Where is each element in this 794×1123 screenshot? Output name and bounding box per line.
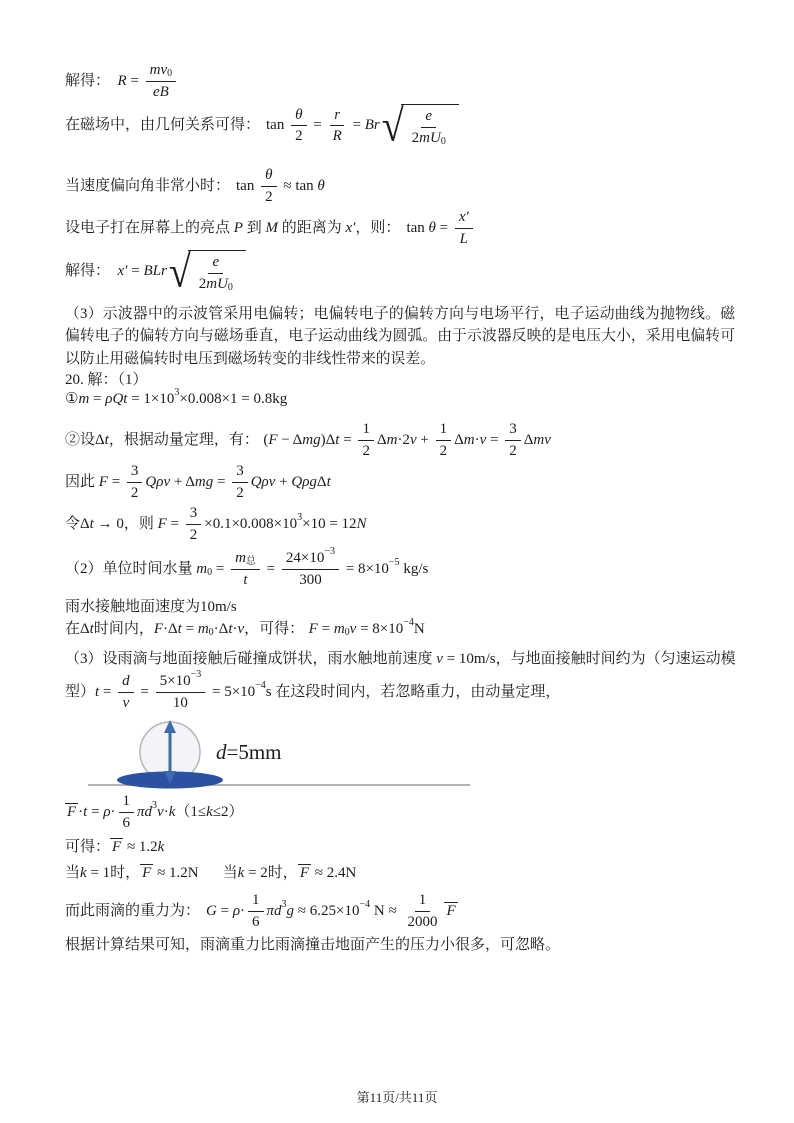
fraction-numerator: 1 — [119, 792, 135, 813]
math-variable: g — [287, 902, 295, 921]
fraction-denominator: 2 — [291, 126, 307, 146]
math-text: 到 — [243, 219, 266, 238]
line-problem20-header: 20. 解：（1） — [65, 371, 148, 390]
math-text: kg/s — [400, 560, 429, 579]
math-text: ×0.1×0.008×10 — [204, 515, 297, 534]
fraction-denominator: 2 — [186, 525, 202, 545]
math-text: ，根据动量定理，有： — [109, 431, 259, 450]
math-variable: θ — [429, 219, 436, 238]
fraction-numerator: e — [421, 107, 436, 128]
math-text: = — [486, 431, 502, 450]
math-text: 1 — [252, 891, 260, 910]
math-text: N — [414, 620, 425, 639]
math-text: = 8×10 — [342, 560, 389, 579]
math-variable: mU — [206, 275, 228, 294]
formula-line-k-values: 当k = 1时，F ≈ 1.2N当k = 2时，F ≈ 2.4N — [65, 864, 356, 883]
math-variable: Qρg — [291, 473, 317, 492]
math-text: ① — [65, 390, 78, 409]
math-text: tan — [406, 219, 428, 238]
math-subscript: 0 — [209, 627, 214, 640]
math-text: 而此雨滴的重力为： — [65, 902, 200, 921]
math-text: = — [108, 473, 124, 492]
math-variable: P — [234, 219, 243, 238]
fraction-denominator: 2 — [127, 483, 143, 503]
math-text: 型） — [65, 683, 95, 702]
figure-label-diameter: d=5mm — [216, 739, 282, 765]
math-text: ·Δ — [163, 620, 178, 639]
math-text: = — [127, 262, 143, 281]
math-variable: θ — [295, 106, 302, 125]
fraction-denominator: 2000 — [403, 912, 441, 932]
math-overline-variable: F — [110, 838, 123, 856]
fraction-numerator: 1 — [248, 891, 264, 912]
math-text: )Δ — [321, 431, 336, 450]
math-fraction: 5×10−310 — [156, 672, 206, 713]
sqrt-radicand: e2mU0 — [188, 250, 246, 294]
math-variable: v — [123, 694, 130, 713]
math-variable: k — [80, 864, 87, 883]
math-text: 在Δ — [65, 620, 90, 639]
math-text: ，则： — [355, 219, 400, 238]
fraction-numerator: m总 — [231, 549, 260, 570]
math-text: 2 — [412, 129, 420, 148]
math-fraction: 12000 — [403, 891, 441, 932]
math-variable: L — [460, 230, 468, 249]
math-fraction: 32 — [186, 504, 202, 545]
math-variable: x′ — [459, 208, 469, 227]
math-text: = — [263, 560, 279, 579]
math-subscript: 0 — [345, 627, 350, 640]
math-fraction: 16 — [119, 792, 135, 833]
math-text: 1 — [419, 891, 427, 910]
math-text: 2 — [362, 442, 370, 461]
formula-line-contact-time: 型）t = dv = 5×10−310 = 5×10−4s 在这段时间内，若忽略… — [65, 672, 560, 713]
math-text: 2 — [131, 484, 139, 503]
math-variable: eB — [153, 83, 169, 102]
math-superscript: −5 — [389, 557, 400, 570]
line-rain-speed: 雨水接触地面速度为10m/s — [65, 598, 237, 617]
formula-line-small-angle: 当速度偏向角非常小时：tan θ2 ≈ tan θ — [65, 166, 325, 207]
sqrt-radical-icon: √ — [382, 103, 404, 148]
math-text: tan — [236, 177, 258, 196]
math-text: + — [275, 473, 291, 492]
math-text: ≈ 2.4N — [311, 864, 356, 883]
formula-line-impulse: 在Δt时间内，F·Δt = m0·Δt·v，可得：F = m0v = 8×10−… — [65, 620, 425, 639]
math-variable: m — [334, 620, 345, 639]
math-text: = — [339, 431, 355, 450]
math-fraction: 16 — [248, 891, 264, 932]
math-subscript: 0 — [207, 567, 212, 580]
math-superscript: −4 — [403, 617, 414, 630]
math-superscript: 3 — [282, 899, 287, 912]
math-fraction: 32 — [505, 420, 521, 461]
math-superscript: −4 — [360, 899, 371, 912]
math-text: = — [318, 620, 334, 639]
math-variable: Br — [365, 116, 380, 135]
math-variable: m — [464, 431, 475, 450]
fraction-denominator: 2 — [358, 441, 374, 461]
formula-line-solve-R: 解得：R = mv0eB — [65, 61, 179, 102]
math-text: 2 — [265, 188, 273, 207]
math-variable: θ — [265, 166, 272, 185]
fraction-numerator: mv0 — [146, 61, 177, 82]
math-subscript: 0 — [441, 136, 446, 149]
math-sqrt: √e2mU0 — [382, 104, 459, 148]
math-fraction: m总t — [231, 549, 260, 590]
math-text: 解得： — [65, 262, 110, 281]
math-variable: m — [198, 620, 209, 639]
math-text: ×10 = 12 — [302, 515, 356, 534]
math-text: + Δ — [170, 473, 195, 492]
math-text: ≤2） — [213, 803, 244, 822]
math-variable: e — [425, 107, 432, 126]
math-text: · — [240, 902, 245, 921]
math-variable: k — [238, 864, 245, 883]
math-variable: v — [480, 431, 487, 450]
math-text: 3 — [509, 420, 517, 439]
math-variable: r — [334, 106, 340, 125]
fraction-denominator: 300 — [295, 570, 326, 590]
math-variable: m — [387, 431, 398, 450]
math-text: 解得： — [65, 72, 110, 91]
math-text: + — [417, 431, 433, 450]
math-text: = — [167, 515, 183, 534]
math-variable: F — [268, 431, 277, 450]
math-text: 设电子打在屏幕上的亮点 — [65, 219, 234, 238]
math-variable: m — [78, 390, 89, 409]
fraction-denominator: 2mU0 — [408, 128, 450, 148]
formula-line-force-expression: 因此 F = 32Qρv + Δmg = 32Qρv + QρgΔt — [65, 462, 331, 503]
math-variable: d — [216, 739, 227, 765]
fraction-numerator: 1 — [436, 420, 452, 441]
math-fraction: rR — [329, 106, 346, 147]
math-text: 2 — [190, 526, 198, 545]
math-text: = — [127, 72, 143, 91]
math-text: 时间内， — [94, 620, 154, 639]
fraction-numerator: θ — [261, 166, 276, 187]
math-overline-variable: F — [65, 803, 78, 821]
math-text: 1 — [123, 792, 131, 811]
math-fraction: mv0eB — [146, 61, 177, 102]
math-fraction: x′L — [455, 208, 473, 249]
math-text: 3 — [131, 462, 139, 481]
fraction-numerator: d — [118, 672, 134, 693]
fraction-numerator: 3 — [232, 462, 248, 483]
fraction-numerator: 5×10−3 — [156, 672, 206, 693]
formula-line-average-force: F·t = ρ·16πd3v·k（1≤k≤2） — [65, 792, 244, 833]
math-text: 6 — [252, 913, 260, 932]
math-text: （2）单位时间水量 — [65, 560, 196, 579]
math-variable: R — [333, 127, 342, 146]
page-number: 第11页/共11页 — [0, 1087, 794, 1106]
math-text: Δ — [454, 431, 464, 450]
math-fraction: 24×10−3300 — [282, 549, 339, 590]
fraction-denominator: L — [456, 229, 472, 249]
math-text: = — [310, 116, 326, 135]
math-variable: mv — [150, 61, 168, 80]
math-variable: R — [118, 72, 127, 91]
math-text: 5×10 — [160, 672, 191, 691]
math-variable: F — [309, 620, 318, 639]
fraction-numerator: r — [330, 106, 344, 127]
math-superscript: −3 — [324, 546, 335, 559]
formula-line-limit: 令Δt → 0，则 F = 32×0.1×0.008×103×10 = 12N — [65, 504, 367, 545]
math-text: ，可得： — [244, 620, 304, 639]
math-text: ≈ 1.2N — [153, 864, 198, 883]
math-variable: F — [158, 515, 167, 534]
math-text: = — [89, 390, 105, 409]
math-superscript: 3 — [297, 512, 302, 525]
fraction-numerator: 1 — [358, 420, 374, 441]
math-variable: F — [154, 620, 163, 639]
math-variable: x′ — [345, 219, 355, 238]
line-conclusion: 根据计算结果可知，雨滴重力比雨滴撞击地面产生的压力小很多，可忽略。 — [65, 936, 560, 955]
math-variable: m — [235, 549, 246, 568]
fraction-denominator: v — [119, 693, 134, 713]
math-text: ×0.008×1 = 0.8kg — [179, 390, 287, 409]
math-text: 的距离为 — [278, 219, 346, 238]
formula-line-screen-point: 设电子打在屏幕上的亮点 P 到 M 的距离为 x′，则：tan θ = x′L — [65, 208, 476, 249]
math-fraction: θ2 — [291, 106, 307, 147]
formula-line-gravity: 而此雨滴的重力为：G = ρ·16πd3g ≈ 6.25×10−4 N ≈ 12… — [65, 891, 458, 932]
fraction-denominator: R — [329, 126, 346, 146]
math-fraction: 12 — [436, 420, 452, 461]
fraction-denominator: 10 — [169, 693, 192, 713]
math-text: = — [99, 683, 115, 702]
fraction-numerator: x′ — [455, 208, 473, 229]
math-variable: k — [169, 803, 176, 822]
math-text: Δ — [377, 431, 387, 450]
math-superscript: 3 — [152, 800, 157, 813]
math-overline-variable: F — [298, 864, 311, 882]
math-variable: mg — [195, 473, 213, 492]
math-variable: BLr — [143, 262, 166, 281]
math-variable: πd — [137, 803, 152, 822]
fraction-numerator: e — [208, 253, 223, 274]
math-text: 因此 — [65, 473, 99, 492]
math-text: = — [349, 116, 365, 135]
math-text: 10 — [173, 694, 188, 713]
math-text: = — [87, 803, 103, 822]
math-text: 1 — [440, 420, 448, 439]
math-variable: mv — [533, 431, 551, 450]
math-text: = — [137, 683, 153, 702]
math-text: tan — [266, 116, 288, 135]
math-text: = — [436, 219, 452, 238]
math-text: = — [212, 560, 228, 579]
math-fraction: 32 — [232, 462, 248, 503]
math-text: 300 — [299, 571, 322, 590]
fraction-denominator: eB — [149, 82, 173, 102]
math-variable: k — [206, 803, 213, 822]
math-variable: ρ — [233, 902, 240, 921]
fraction-denominator: 6 — [119, 813, 135, 833]
math-text: 3 — [236, 462, 244, 481]
math-overline-variable: F — [444, 902, 457, 920]
fraction-denominator: 2 — [505, 441, 521, 461]
math-subscript: 0 — [167, 68, 172, 81]
math-text: = 1×10 — [127, 390, 174, 409]
math-subscript: 0 — [228, 282, 233, 295]
math-text: 当速度偏向角非常小时： — [65, 177, 230, 196]
formula-line-momentum-theorem: ②设Δt，根据动量定理，有：(F − Δmg)Δt = 12Δm·2v + 12… — [65, 420, 551, 461]
math-fraction: e2mU0 — [408, 107, 450, 148]
math-variable: Qρv — [145, 473, 170, 492]
fraction-denominator: 2 — [261, 187, 277, 207]
sqrt-radicand: e2mU0 — [401, 104, 459, 148]
math-variable: m — [196, 560, 207, 579]
raindrop-impact-figure — [86, 716, 486, 796]
math-text: = 10m/s，与地面接触时间约为（匀速运动模 — [443, 650, 736, 669]
math-variable: v — [410, 431, 417, 450]
math-fraction: θ2 — [261, 166, 277, 207]
math-text: 2 — [236, 484, 244, 503]
math-variable: v — [436, 650, 443, 669]
math-text: → 0，则 — [94, 515, 158, 534]
math-variable: G — [206, 902, 217, 921]
math-variable: θ — [317, 177, 324, 196]
math-subscript: 总 — [246, 556, 256, 569]
math-text: Δ — [524, 431, 534, 450]
math-variable: v — [350, 620, 357, 639]
fraction-numerator: 3 — [127, 462, 143, 483]
math-variable: mU — [419, 129, 441, 148]
math-text: Δ — [317, 473, 327, 492]
math-fraction: 32 — [127, 462, 143, 503]
math-variable: N — [357, 515, 367, 534]
math-text: 2000 — [407, 913, 437, 932]
math-text: 2 — [509, 442, 517, 461]
math-text: ②设Δ — [65, 431, 105, 450]
math-text: = 1时， — [87, 864, 140, 883]
math-text: 在磁场中，由几何关系可得： — [65, 116, 260, 135]
math-text: = — [182, 620, 198, 639]
math-text: ·Δ — [214, 620, 229, 639]
math-text: 2 — [440, 442, 448, 461]
math-text: · — [111, 803, 116, 822]
math-variable: t — [327, 473, 331, 492]
formula-line-water-per-time: （2）单位时间水量 m0 = m总t = 24×10−3300 = 8×10−5… — [65, 549, 428, 590]
math-text: = 2时， — [244, 864, 297, 883]
math-variable: Qρv — [251, 473, 276, 492]
math-variable: v — [157, 803, 164, 822]
math-variable: ρQt — [105, 390, 127, 409]
math-variable: ρ — [103, 803, 110, 822]
math-text: = 8×10 — [356, 620, 403, 639]
math-text: 1 — [362, 420, 370, 439]
document-page: 解得：R = mv0eB 在磁场中，由几何关系可得：tan θ2 = rR = … — [0, 0, 794, 1123]
math-text: = — [217, 902, 233, 921]
math-text: ·2 — [397, 431, 410, 450]
math-fraction: dv — [118, 672, 134, 713]
math-text: ≈ 6.25×10 — [294, 902, 359, 921]
fraction-numerator: 3 — [186, 504, 202, 525]
math-superscript: −4 — [255, 680, 266, 693]
fraction-denominator: 2 — [232, 483, 248, 503]
math-text: =5mm — [227, 739, 282, 765]
math-text: （1≤ — [175, 803, 206, 822]
math-text: N ≈ — [370, 902, 400, 921]
math-variable: e — [212, 253, 219, 272]
paragraph-part3-explanation: （3）示波器中的示波管采用电偏转；电偏转电子的偏转方向与电场平行，电子运动曲线为… — [65, 303, 735, 370]
math-variable: F — [99, 473, 108, 492]
math-overline-variable: F — [140, 864, 153, 882]
fraction-denominator: 6 — [248, 912, 264, 932]
math-text: 可得： — [65, 838, 110, 857]
math-fraction: e2mU0 — [195, 253, 237, 294]
math-text: 2 — [199, 275, 207, 294]
math-sqrt: √e2mU0 — [169, 250, 246, 294]
math-variable: d — [122, 672, 130, 691]
fraction-numerator: 3 — [505, 420, 521, 441]
formula-line-force-k: 可得：F ≈ 1.2k — [65, 838, 164, 857]
line-part3-text: （3）设雨滴与地面接触后碰撞成饼状，雨水触地前速度 v = 10m/s，与地面接… — [65, 650, 736, 669]
math-text: ≈ 1.2 — [123, 838, 157, 857]
math-text: （3）设雨滴与地面接触后碰撞成饼状，雨水触地前速度 — [65, 650, 436, 669]
fraction-numerator: 1 — [415, 891, 431, 912]
math-variable: x′ — [118, 262, 128, 281]
fraction-numerator: 24×10−3 — [282, 549, 339, 570]
math-text: ≈ tan — [280, 177, 318, 196]
fraction-denominator: 2 — [436, 441, 452, 461]
math-variable: πd — [267, 902, 282, 921]
math-variable: M — [265, 219, 278, 238]
formula-line-solve-x: 解得：x′ = BLr√e2mU0 — [65, 250, 246, 294]
math-text: 3 — [190, 504, 198, 523]
math-variable: t — [243, 571, 247, 590]
formula-line-mass: ①m = ρQt = 1×103×0.008×1 = 0.8kg — [65, 390, 287, 409]
sqrt-radical-icon: √ — [169, 249, 191, 294]
math-superscript: 3 — [174, 387, 179, 400]
fraction-numerator: θ — [291, 106, 306, 127]
fraction-denominator: 2mU0 — [195, 274, 237, 294]
math-text: = — [213, 473, 229, 492]
math-text: 当 — [223, 864, 238, 883]
math-variable: k — [158, 838, 165, 857]
math-text: 当 — [65, 864, 80, 883]
math-text: 6 — [123, 814, 131, 833]
math-fraction: 12 — [358, 420, 374, 461]
math-text: = 5×10 — [208, 683, 255, 702]
formula-line-magnetic-field: 在磁场中，由几何关系可得：tan θ2 = rR = Br√e2mU0 — [65, 104, 459, 148]
math-superscript: −3 — [191, 669, 202, 682]
math-text: 24×10 — [286, 549, 324, 568]
math-text: s 在这段时间内，若忽略重力，由动量定理， — [266, 683, 561, 702]
math-text: − Δ — [278, 431, 303, 450]
math-variable: v — [237, 620, 244, 639]
math-variable: mg — [302, 431, 320, 450]
math-text: 2 — [295, 127, 303, 146]
fraction-denominator: t — [239, 570, 251, 590]
math-text: 令Δ — [65, 515, 90, 534]
